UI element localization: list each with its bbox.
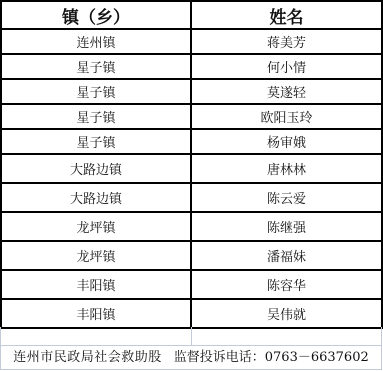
cell-name: 潘福妹 [191,241,382,270]
footer-hotline-label: 监督投诉电话： [174,350,265,365]
cell-name: 欧阳玉玲 [191,104,382,129]
table-row: 丰阳镇 吴伟就 [1,299,382,328]
cell-name: 杨审娥 [191,129,382,154]
table-row: 大路边镇 唐林林 [1,154,382,183]
table-row: 连州镇 蒋美芳 [1,29,382,54]
cell-name: 陈容华 [191,270,382,299]
cell-town: 龙坪镇 [1,241,191,270]
cell-town: 星子镇 [1,104,191,129]
cell-name: 唐林林 [191,154,382,183]
table-row: 星子镇 杨审娥 [1,129,382,154]
cell-town: 星子镇 [1,54,191,79]
footer-contact: 连州市民政局社会救助股监督投诉电话：0763－6637602 [0,345,382,370]
cell-town: 连州镇 [1,29,191,54]
table-row: 星子镇 莫遂轻 [1,79,382,104]
empty-spacer-row [0,327,382,345]
cell-name: 莫遂轻 [191,79,382,104]
cell-name: 蒋美芳 [191,29,382,54]
cell-town: 大路边镇 [1,183,191,212]
cell-town: 丰阳镇 [1,270,191,299]
cell-town: 星子镇 [1,79,191,104]
cell-town: 龙坪镇 [1,212,191,241]
cell-name: 陈云爱 [191,183,382,212]
document-sheet: 镇（乡） 姓名 连州镇 蒋美芳 星子镇 何小情 星子镇 莫遂轻 星子镇 欧阳玉玲 [0,0,383,371]
column-divider [191,327,192,345]
cell-name: 何小情 [191,54,382,79]
table-row: 大路边镇 陈云爱 [1,183,382,212]
cell-town: 丰阳镇 [1,299,191,328]
cell-town: 星子镇 [1,129,191,154]
footer-organization: 连州市民政局社会救助股 [13,350,162,365]
header-town: 镇（乡） [1,1,191,29]
cell-name: 陈继强 [191,212,382,241]
table-row: 星子镇 何小情 [1,54,382,79]
table-row: 龙坪镇 潘福妹 [1,241,382,270]
table-row: 星子镇 欧阳玉玲 [1,104,382,129]
roster-table: 镇（乡） 姓名 连州镇 蒋美芳 星子镇 何小情 星子镇 莫遂轻 星子镇 欧阳玉玲 [0,0,383,329]
footer-hotline-number: 0763－6637602 [265,350,369,365]
cell-town: 大路边镇 [1,154,191,183]
table-row: 丰阳镇 陈容华 [1,270,382,299]
table-row: 龙坪镇 陈继强 [1,212,382,241]
table-header-row: 镇（乡） 姓名 [1,1,382,29]
header-name: 姓名 [191,1,382,29]
cell-name: 吴伟就 [191,299,382,328]
